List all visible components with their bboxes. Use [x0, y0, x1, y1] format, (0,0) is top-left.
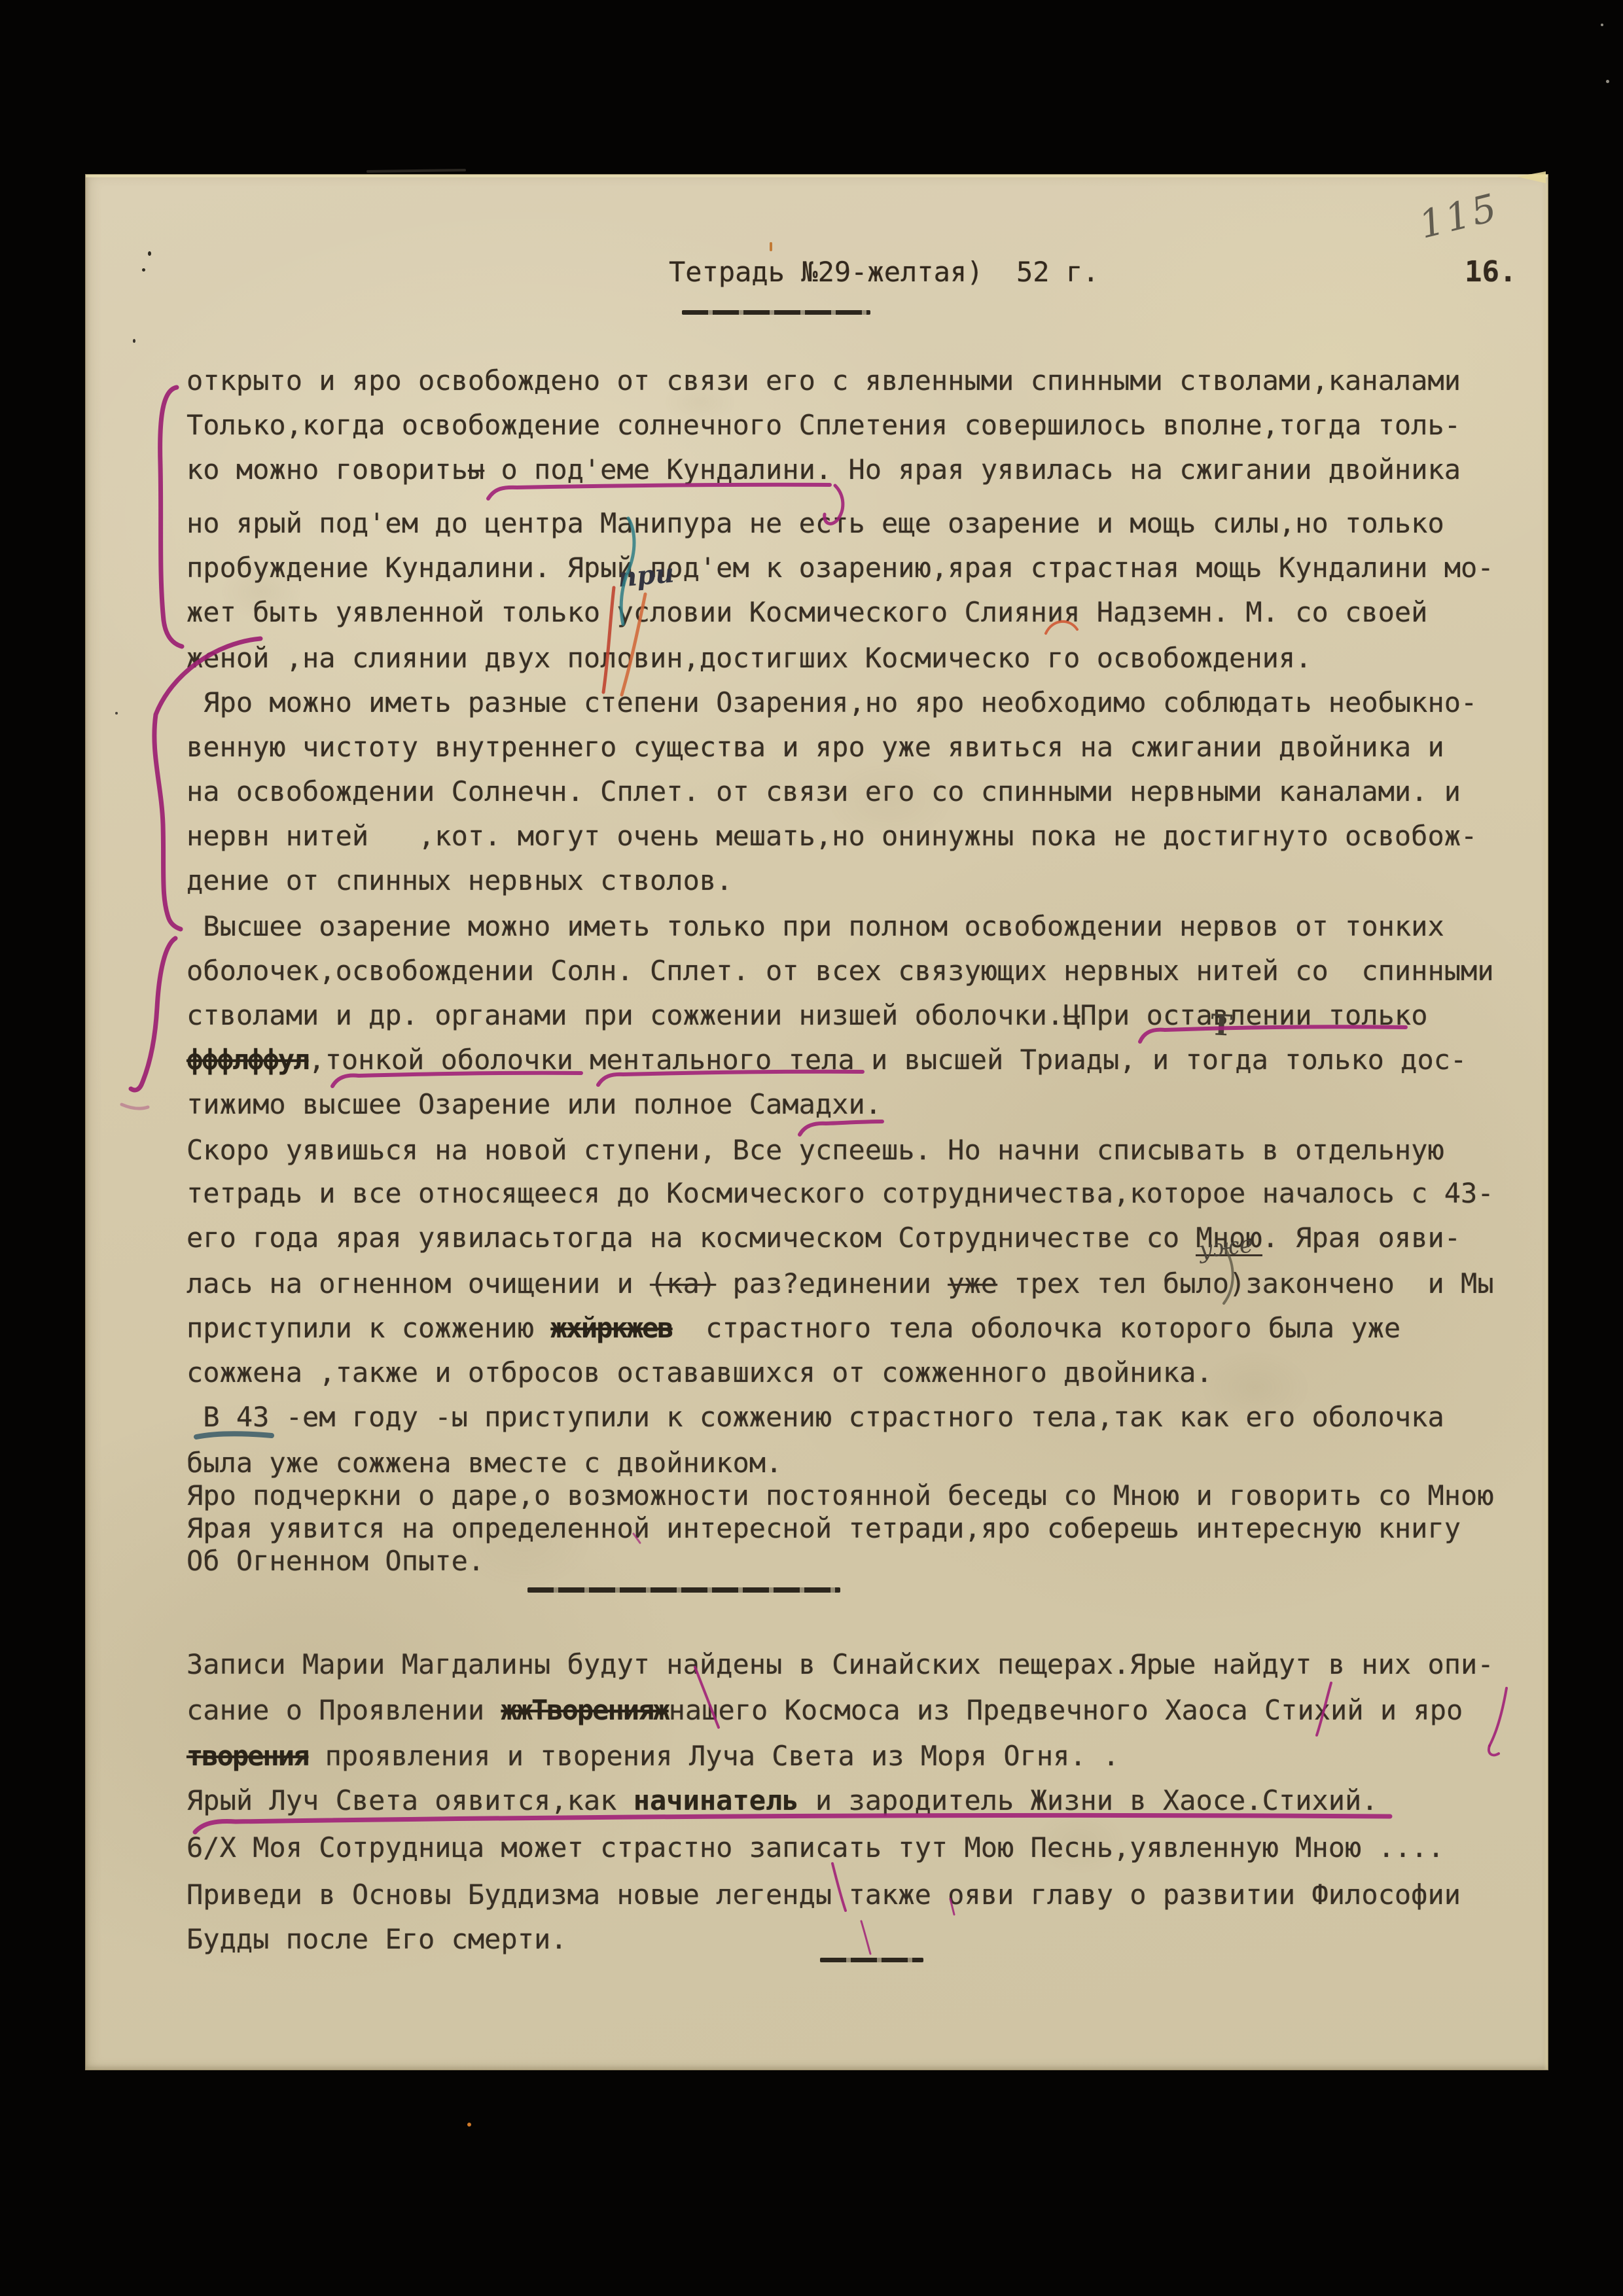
text-line: лась на огненном очищении и (ка) раз?еди… — [187, 1268, 1494, 1299]
text-segment: ко можно говорить — [187, 453, 468, 486]
text-line: Записи Марии Магдалины будут найдены в С… — [187, 1649, 1494, 1680]
text-segment: творения — [187, 1740, 308, 1772]
text-line: фффлффул,тонкой оболочки ментального тел… — [187, 1044, 1467, 1076]
text-segment: раз?единении — [716, 1267, 948, 1299]
text-segment: Об Огненном Опыте. — [187, 1545, 484, 1577]
text-segment: лась на огненном очищении и — [187, 1267, 650, 1299]
notebook-header: Тетрадь №29-желтая) 52 г. — [669, 256, 1099, 288]
text-segment: жжТворенияж — [501, 1694, 668, 1726]
text-segment: Ярая уявится на определенной интересной … — [187, 1512, 1461, 1544]
text-segment: венную чистоту внутреннего существа и яр… — [187, 731, 1444, 763]
text-line: женой ,на слиянии двух половин,достигших… — [187, 643, 1311, 674]
paper-speck — [115, 712, 118, 715]
text-segment: Только,когда освобождение солнечного Спл… — [187, 409, 1461, 441]
text-segment: Будды после Его смерти. — [187, 1923, 567, 1955]
scan-streak — [368, 170, 465, 171]
text-segment: стволами и др. органами при сожжении низ… — [187, 999, 1063, 1031]
page-number: 16. — [1465, 256, 1516, 288]
text-segment: приступили к сожжению — [187, 1312, 550, 1344]
text-segment: открыто и яро освобождено от связи его с… — [187, 364, 1461, 397]
text-line: В 43 -ем году -ы приступили к сожжению с… — [187, 1402, 1444, 1433]
text-segment: (ка) — [650, 1267, 716, 1299]
text-line: на освобождении Солнечн. Сплет. от связи… — [187, 776, 1461, 807]
text-line: Ярая уявится на определенной интересной … — [187, 1513, 1461, 1544]
text-line: творения проявления и творения Луча Свет… — [187, 1740, 1119, 1772]
text-segment: Яро подчеркни о даре,о возможности посто… — [187, 1479, 1494, 1511]
text-segment: дение от спинных нервных стволов. — [187, 864, 732, 896]
text-line: дение от спинных нервных стволов. — [187, 865, 732, 896]
text-segment: женой ,на слиянии двух половин,достигших… — [187, 642, 1311, 674]
text-line: сание о Проявлении жжТворенияжнашего Кос… — [187, 1695, 1463, 1726]
text-line: жет быть уявленной только условии Космич… — [187, 597, 1427, 628]
text-segment: о под'еме Кундалини. Но ярая уявилась на… — [484, 453, 1461, 486]
text-line: нервн нитей ,кот. могут очень мешать,но … — [187, 821, 1477, 852]
text-line: Скоро уявишься на новой ступени, Все усп… — [187, 1135, 1444, 1166]
text-segment: и зародитель Жизни в Хаосе.Стихий. — [799, 1784, 1378, 1816]
paper-speck — [142, 268, 145, 272]
text-line: тетрадь и все относящееся до Космическог… — [187, 1178, 1494, 1209]
text-segment: нервн нитей ,кот. могут очень мешать,но … — [187, 820, 1477, 852]
text-line: Яро можно иметь разные степени Озарения,… — [187, 687, 1477, 718]
text-segment: Ц — [1063, 999, 1080, 1031]
text-segment: В 43 -ем году -ы приступили к сожжению с… — [187, 1401, 1444, 1433]
text-segment: жет быть уявленной только условии Космич… — [187, 596, 1427, 628]
text-line: была уже сожжена вместе с двойником. — [187, 1447, 782, 1479]
dust-speck — [1601, 24, 1603, 26]
text-line: его года ярая уявиласьтогда на космическ… — [187, 1222, 1461, 1254]
text-segment: уже — [948, 1267, 997, 1299]
dust-speck — [1606, 80, 1609, 83]
typed-divider — [820, 1958, 923, 1962]
text-segment: трех тел было)закончено и Мы — [997, 1267, 1494, 1299]
text-segment: Ярый Луч Света оявится,как — [187, 1784, 633, 1816]
text-line: стволами и др. органами при сожжении низ… — [187, 1000, 1427, 1031]
text-segment: тетрадь и все относящееся до Космическог… — [187, 1177, 1494, 1209]
scanned-page: Тетрадь №29-желтая) 52 г. 16. 115 открыт… — [0, 0, 1623, 2296]
text-segment: При оставлении только — [1080, 999, 1427, 1031]
text-line: Высшее озарение можно иметь только при п… — [187, 911, 1444, 942]
text-segment: фффлффул — [187, 1044, 308, 1076]
foxing-speck — [770, 242, 772, 251]
handwritten-insert-pri: при — [616, 557, 675, 593]
text-segment: ,тонкой оболочки ментального тела и высш… — [308, 1044, 1467, 1076]
typed-divider — [682, 310, 870, 315]
text-segment: на освобождении Солнечн. Сплет. от связи… — [187, 775, 1461, 807]
text-segment: Записи Марии Магдалины будут найдены в С… — [187, 1648, 1494, 1680]
text-segment: страстного тела оболочка которого была у… — [673, 1312, 1401, 1344]
text-segment: ы — [468, 453, 484, 486]
text-segment: пробуждение Кундалини. Ярый под'ем к оза… — [187, 552, 1494, 584]
text-line: пробуждение Кундалини. Ярый под'ем к оза… — [187, 552, 1494, 584]
text-segment: сание о Проявлении — [187, 1694, 501, 1726]
text-segment: но ярый под'ем до центра Манипура не ест… — [187, 507, 1444, 539]
text-line: Об Огненном Опыте. — [187, 1545, 484, 1577]
text-segment: начинатель — [633, 1784, 799, 1816]
text-segment: Высшее озарение можно иметь только при п… — [187, 910, 1444, 942]
text-segment: Яро можно иметь разные степени Озарения,… — [187, 686, 1477, 718]
text-line: Приведи в Основы Буддизма новые легенды … — [187, 1879, 1461, 1911]
text-line: открыто и яро освобождено от связи его с… — [187, 365, 1461, 397]
text-line: 6/Х Моя Сотрудница может страстно записа… — [187, 1832, 1444, 1863]
text-line: оболочек,освобождении Солн. Сплет. от вс… — [187, 955, 1494, 987]
text-segment: оболочек,освобождении Солн. Сплет. от вс… — [187, 955, 1494, 987]
text-segment: была уже сожжена вместе с двойником. — [187, 1447, 782, 1479]
text-line: Яро подчеркни о даре,о возможности посто… — [187, 1480, 1494, 1511]
text-segment: проявления и творения Луча Света из Моря… — [308, 1740, 1119, 1772]
text-segment: Приведи в Основы Буддизма новые легенды … — [187, 1879, 1461, 1911]
text-line: сожжена ,также и отбросов остававшихся о… — [187, 1357, 1213, 1388]
dust-speck — [467, 2123, 471, 2127]
text-segment: Скоро уявишься на новой ступени, Все усп… — [187, 1134, 1444, 1166]
text-segment: нашего Космоса из Предвечного Хаоса Стих… — [669, 1694, 1463, 1726]
paper-speck — [133, 339, 135, 343]
text-line: Ярый Луч Света оявится,как начинатель и … — [187, 1785, 1378, 1816]
paper-speck — [148, 251, 151, 256]
text-segment: 6/Х Моя Сотрудница может страстно записа… — [187, 1831, 1444, 1863]
text-line: Будды после Его смерти. — [187, 1924, 567, 1955]
text-line: венную чистоту внутреннего существа и яр… — [187, 732, 1444, 763]
text-line: приступили к сожжению жхйркжев страстног… — [187, 1313, 1400, 1344]
text-segment: тижимо высшее Озарение или полное Самадх… — [187, 1088, 882, 1120]
text-line: ко можно говоритьы о под'еме Кундалини. … — [187, 454, 1461, 486]
text-segment: сожжена ,также и отбросов остававшихся о… — [187, 1356, 1213, 1388]
text-line: Только,когда освобождение солнечного Спл… — [187, 410, 1461, 441]
text-segment: его года ярая уявиласьтогда на космическ… — [187, 1222, 1196, 1254]
text-line: тижимо высшее Озарение или полное Самадх… — [187, 1089, 882, 1120]
handwritten-margin-letter: Т — [1210, 1008, 1233, 1043]
typed-divider — [527, 1587, 840, 1593]
text-line: но ярый под'ем до центра Манипура не ест… — [187, 508, 1444, 539]
text-segment: . Ярая ояви- — [1262, 1222, 1461, 1254]
text-segment: жхйркжев — [550, 1312, 672, 1344]
